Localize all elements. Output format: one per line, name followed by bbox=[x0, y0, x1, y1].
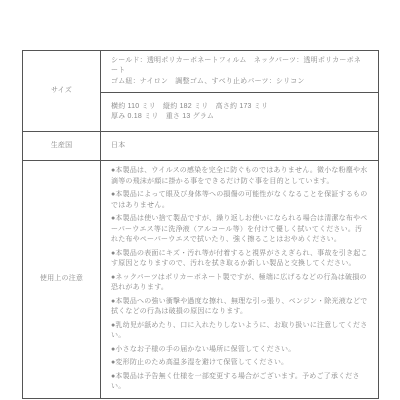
country-row-label: 生産国 bbox=[23, 132, 101, 161]
country-value: 日本 bbox=[101, 132, 379, 161]
precaution-item: ●ネックパーツはポリカーボネート製ですが、極端に広げるなどの行為は破損の恐れがあ… bbox=[111, 273, 368, 294]
size-materials-line2: ゴム紐：ナイロン 調整ゴム、すべり止めパーツ：シリコン bbox=[111, 77, 368, 88]
precautions-row-label: 使用上の注意 bbox=[23, 161, 101, 399]
precaution-item: ●本製品は、ウイルスの感染を完全に防ぐものではありません。微小な粉塵や水滴等の飛… bbox=[111, 166, 368, 187]
table-row: 生産国 日本 bbox=[23, 132, 379, 161]
table-row: 使用上の注意 ●本製品は、ウイルスの感染を完全に防ぐものではありません。微小な粉… bbox=[23, 161, 379, 399]
table-row: サイズ シールド：透明ポリカーボネートフィルム ネックパーツ：透明ポリカーボネー… bbox=[23, 51, 379, 93]
precaution-item: ●変形防止のため高温多湿を避けて保管してください。 bbox=[111, 358, 368, 369]
size-dimensions-cell: 横約 110 ミリ 縦約 182 ミリ 高さ約 173 ミリ 厚み 0.18 ミ… bbox=[101, 93, 379, 132]
precaution-item: ●乳幼児が舐めたり、口に入れたりしないように、お取り扱いに注意してください。 bbox=[111, 321, 368, 342]
product-spec-section: サイズ シールド：透明ポリカーボネートフィルム ネックパーツ：透明ポリカーボネー… bbox=[22, 50, 379, 399]
precaution-item: ●本製品は予告無く仕様を一部変更する場合がございます。予めご了承ください。 bbox=[111, 372, 368, 393]
size-row-label: サイズ bbox=[23, 51, 101, 132]
size-materials-line1: シールド：透明ポリカーボネートフィルム ネックパーツ：透明ポリカーボネート bbox=[111, 56, 368, 77]
precaution-item: ●本製品によって眼及び身体等への損傷の可能性がなくなることを保証するものではあり… bbox=[111, 190, 368, 211]
size-dimensions-line2: 厚み 0.18 ミリ 重さ 13 グラム bbox=[111, 112, 368, 123]
precautions-list: ●本製品は、ウイルスの感染を完全に防ぐものではありません。微小な粉塵や水滴等の飛… bbox=[101, 161, 379, 399]
precaution-item: ●本製品の表面にキズ・汚れ等が付着すると視界がさえぎられ、事故を引き起こす原因と… bbox=[111, 249, 368, 270]
size-dimensions-line1: 横約 110 ミリ 縦約 182 ミリ 高さ約 173 ミリ bbox=[111, 102, 368, 113]
precaution-item: ●本製品への強い衝撃や過度な擦れ、無理な引っ張り、ベンジン・除光液などで拭くなど… bbox=[111, 297, 368, 318]
precaution-item: ●本製品は使い捨て製品ですが、繰り返しお使いになられる場合は清潔な布やペーパーウ… bbox=[111, 214, 368, 246]
size-materials-cell: シールド：透明ポリカーボネートフィルム ネックパーツ：透明ポリカーボネート ゴム… bbox=[101, 51, 379, 93]
product-spec-table: サイズ シールド：透明ポリカーボネートフィルム ネックパーツ：透明ポリカーボネー… bbox=[22, 50, 379, 399]
precaution-item: ●小さなお子様の手の届かない場所に保管してください。 bbox=[111, 345, 368, 356]
